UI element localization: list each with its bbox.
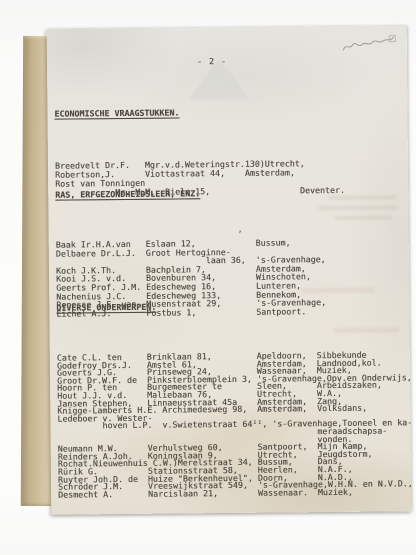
stray-typed-mark: , xyxy=(238,224,243,234)
section-diverse-onderwerpen: DIVERSE ONDERWERPEN. Cate C.L. ten Brink… xyxy=(56,262,413,537)
document-page: - 2 - ECONOMISCHE VRAAGSTUKKEN. Breedvel… xyxy=(47,25,412,514)
section-lines: Cate C.L. ten Brinklaan 81, Apeldoorn, S… xyxy=(57,351,413,499)
handwritten-pencil-scribble xyxy=(339,31,399,56)
page-number: - 2 - xyxy=(197,56,227,66)
section-title: ECONOMISCHE VRAAGSTUKKEN. xyxy=(54,107,344,119)
photo-background: { "page_number": "- 2 -", "stray_mark": … xyxy=(0,0,416,555)
section-title: RAS, ERFGEZONDHEIDSLEER, ENZ. xyxy=(55,188,325,200)
section-title: DIVERSE ONDERWERPEN. xyxy=(56,300,411,312)
typed-line: Desmecht A. Narcislaan 21, Wassenaar. Mu… xyxy=(58,488,413,499)
